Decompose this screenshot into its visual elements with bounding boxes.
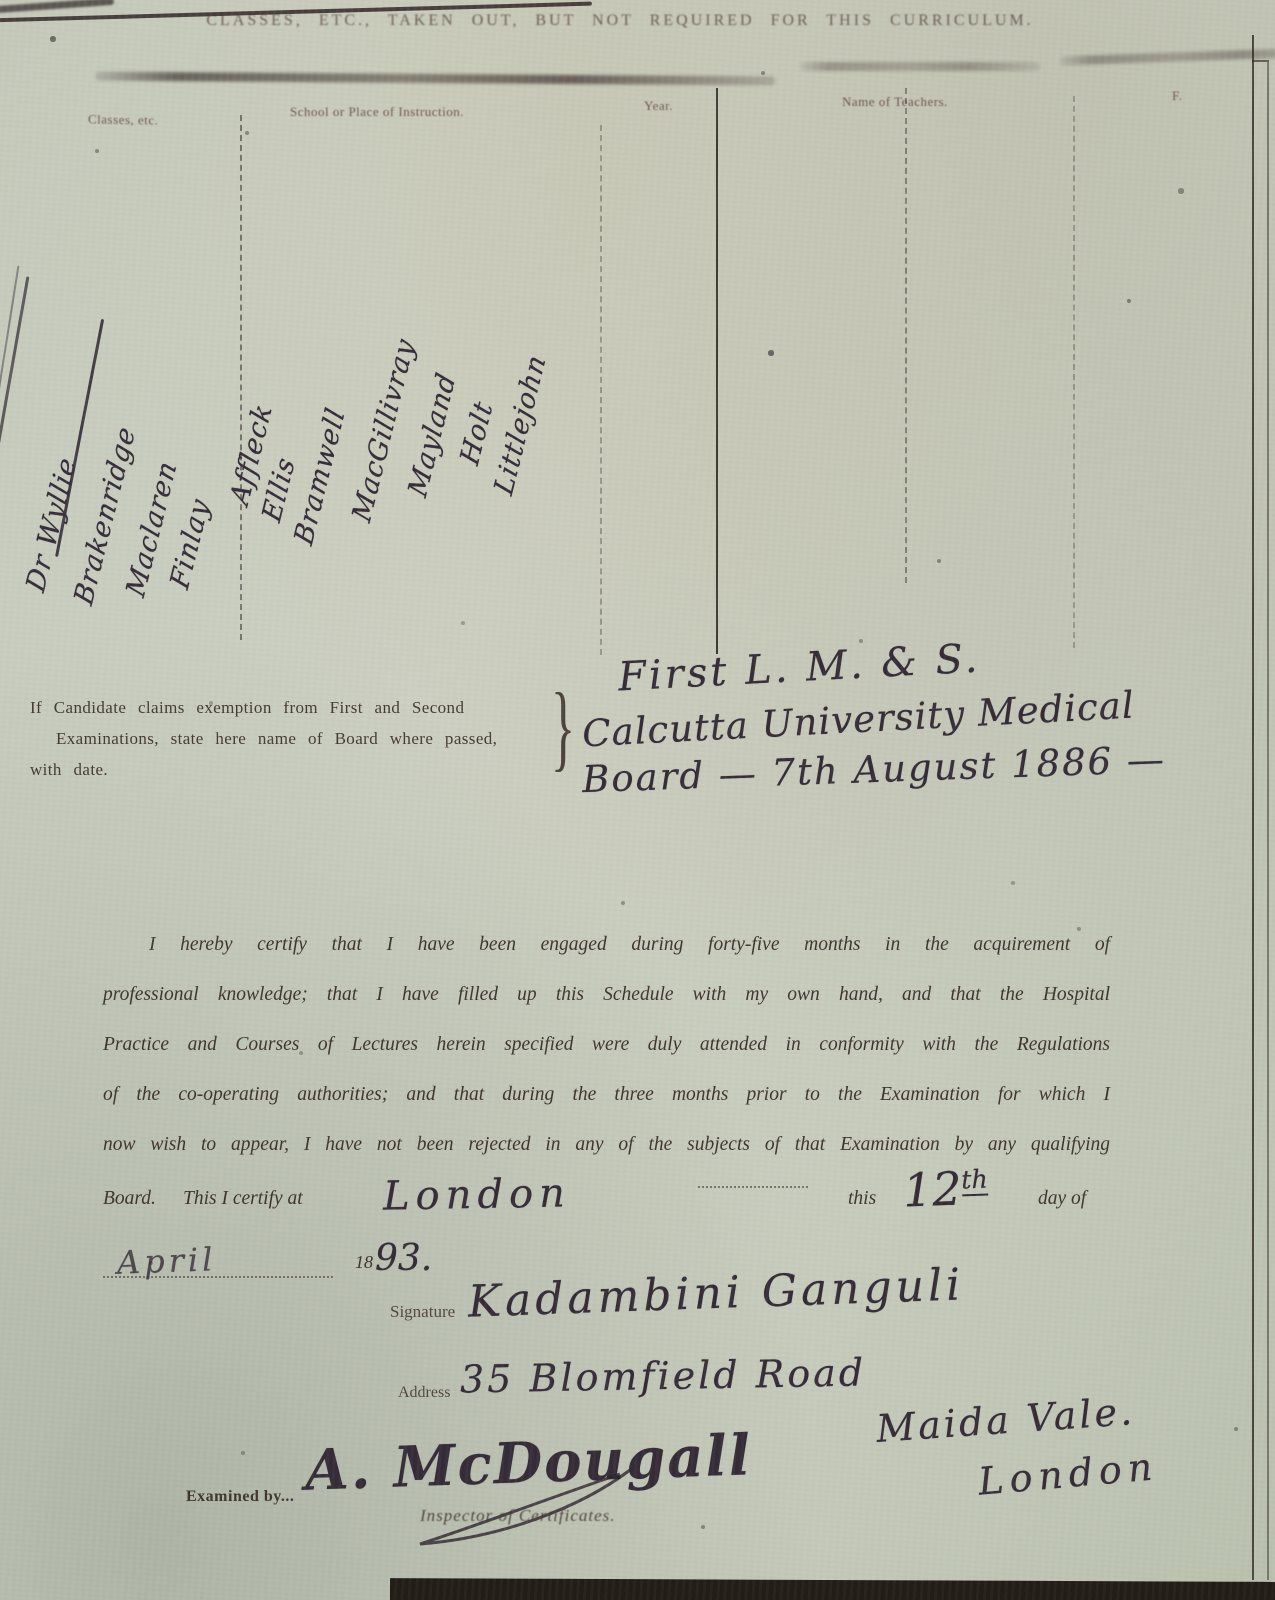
smudge-line: [95, 72, 775, 86]
certification-section: I hereby certify that I have been engage…: [103, 930, 1110, 1298]
day-number: 12: [902, 1161, 962, 1217]
certify-at-label: This I certify at: [183, 1188, 303, 1210]
table-rule-4: [905, 88, 907, 583]
day-suffix: th: [961, 1164, 989, 1196]
bottom-edge-band: [390, 1578, 1275, 1600]
handwritten-place: London: [383, 1170, 572, 1219]
table-rule-5: [1073, 96, 1075, 648]
handwritten-day: 12th: [902, 1161, 989, 1218]
exemption-label-line: If Candidate claims exemption from First…: [30, 692, 497, 723]
exemption-brace: }: [551, 671, 575, 782]
address-label: Address: [398, 1384, 450, 1402]
certification-certify-line: Board. This I certify at London this 12t…: [103, 1180, 1110, 1242]
document-page: CLASSES, ETC., TAKEN OUT, BUT NOT REQUIR…: [0, 0, 1275, 1600]
table-rule-1: [240, 115, 242, 640]
inspector-title: Inspector of Certificates.: [420, 1506, 616, 1526]
exemption-section: If Candidate claims exemption from First…: [30, 692, 497, 785]
handwritten-month: April: [116, 1240, 217, 1281]
handwritten-year: 93.: [375, 1238, 432, 1279]
column-header-teachers: Name of Teachers.: [842, 94, 948, 110]
handwritten-entry: Littlejohn: [489, 350, 553, 499]
certification-line: Practice and Courses of Lectures herein …: [103, 1030, 1110, 1080]
paper-speckles: [0, 0, 2, 2]
exemption-label-line: with date.: [30, 754, 497, 785]
page-title: CLASSES, ETC., TAKEN OUT, BUT NOT REQUIR…: [0, 12, 1240, 30]
certification-line: professional knowledge; that I have fill…: [103, 980, 1110, 1030]
board-word: Board.: [103, 1188, 156, 1210]
handwritten-address-line1: 35 Blomfield Road: [460, 1350, 867, 1401]
signature-label: Signature: [390, 1302, 455, 1322]
certification-line: I hereby certify that I have been engage…: [103, 930, 1110, 980]
cutoff-handwriting-stroke: [0, 276, 29, 523]
exemption-label-line: Examinations, state here name of Board w…: [30, 723, 497, 754]
day-of-label: day of: [1038, 1188, 1086, 1210]
table-rule-2: [600, 125, 602, 655]
smudge-line-right: [1060, 47, 1275, 65]
handwritten-entry: MacGillivray: [347, 334, 421, 526]
certification-line: of the co-operating authorities; and tha…: [103, 1080, 1110, 1130]
column-header-year: Year.: [644, 98, 673, 114]
this-label: this: [848, 1188, 876, 1210]
smudge-line-faint: [800, 62, 1040, 71]
table-rule-3: [716, 88, 718, 654]
handwritten-address-line3: London: [976, 1444, 1159, 1504]
dotted-leader: [698, 1186, 808, 1188]
column-header-fees: F.: [1172, 88, 1182, 104]
column-header-school: School or Place of Instruction.: [290, 104, 464, 120]
page-edge-rule-outer: [1267, 62, 1269, 1580]
page-edge-connector: [1252, 60, 1269, 62]
handwritten-address-line2: Maida Vale.: [875, 1389, 1137, 1451]
column-header-classes: Classes, etc.: [88, 111, 159, 128]
handwritten-entry: Mayland: [403, 369, 463, 501]
year-printed: 18: [355, 1252, 373, 1273]
page-edge-rule: [1252, 35, 1254, 1580]
exemption-answer-line: First L. M. & S.: [617, 636, 981, 701]
examined-by-label: Examined by...: [186, 1488, 294, 1506]
handwritten-entry: Holt: [455, 397, 500, 469]
